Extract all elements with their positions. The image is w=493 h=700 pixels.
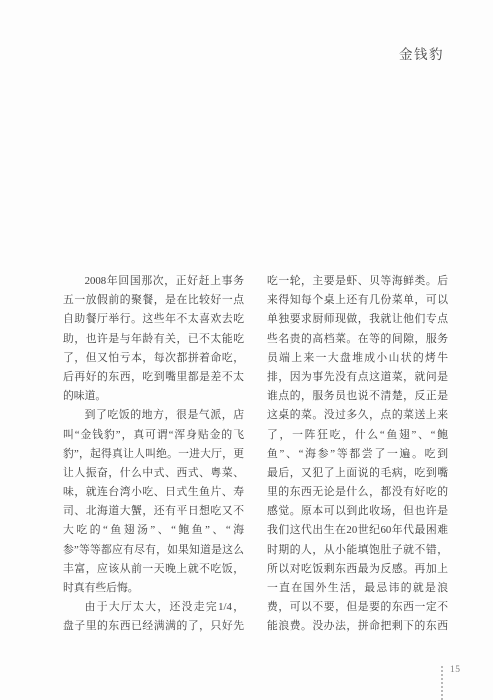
text-line: 丰富，应该从前一天晚上就不吃饭，当 [63,560,244,579]
text-line: 了，但又怕亏本，每次都拼着命吃，最 [63,349,244,368]
text-line: 大吃的“鱼翅汤”、“鲍鱼”、“海 [63,521,244,540]
chapter-title: 金钱豹 [399,47,444,62]
text-line: 的味道。 [63,387,244,406]
text-line: 能浪费。没办法，拼命把剩下的东西 [267,617,448,636]
text-line: 豹”，起得真让人叫绝。一进大厅，更 [63,445,244,464]
book-page: 金钱豹 2008年回国那次，正好赶上事务所五一放假前的聚餐，是在比较好一点的自助… [0,0,493,700]
text-line: 些名贵的高档菜。在等的间隙，服务 [267,330,448,349]
text-column-right: 吃一轮，主要是虾、贝等海鲜类。后来得知每个桌上还有几份菜单，可以单独要求厨师现做… [267,272,448,637]
text-line: 参”等等都应有尽有，如果知道是这么 [63,541,244,560]
text-line: 谁点的，服务员也说不清楚，反正是 [267,387,448,406]
text-line: 我们这代出生在20世纪60年代最困难 [267,521,448,540]
text-line: 助，也许是与年龄有关，已不太能吃 [63,330,244,349]
text-line: 最后，又犯了上面说的毛病，吃到嘴 [267,464,448,483]
text-line: 鱼”、“海参”等都尝了一遍。吃到 [267,445,448,464]
footer-rule [441,666,443,700]
text-line: 这桌的菜。没过多久，点的菜送上来 [267,406,448,425]
text-line: 后再好的东西，吃到嘴里都是差不太多 [63,368,244,387]
text-line: 费，可以不要，但是要的东西一定不 [267,598,448,617]
text-line: 排，因为事先没有点这道菜，就问是 [267,368,448,387]
text-line: 司、北海道大蟹，还有平日想吃又不敢 [63,502,244,521]
text-line: 五一放假前的聚餐，是在比较好一点的 [63,291,244,310]
text-line: 让人振奋，什么中式、西式、粤菜、川 [63,464,244,483]
text-line: 单独要求厨师现做，我就让他们专点 [267,310,448,329]
text-column-left: 2008年回国那次，正好赶上事务所五一放假前的聚餐，是在比较好一点的自助餐厅举行… [63,272,244,637]
text-line: 到了吃饭的地方，很是气派，店名 [63,406,244,425]
text-line: 2008年回国那次，正好赶上事务所 [63,272,244,291]
text-line: 盘子里的东西已经满满的了，只好先 [63,617,244,636]
text-line: 自助餐厅举行。这些年不太喜欢去吃自 [63,310,244,329]
text-line: 吃一轮，主要是虾、贝等海鲜类。后 [267,272,448,291]
text-line: 员端上来一大盘堆成小山状的烤牛 [267,349,448,368]
text-line: 感觉。原本可以到此收场，但也许是 [267,502,448,521]
text-line: 一直在国外生活，最忌讳的就是浪 [267,579,448,598]
text-line: 里的东西无论是什么，都没有好吃的 [267,483,448,502]
text-line: 所以对吃饭剩东西最为反感。再加上 [267,560,448,579]
text-line: 味，就连台湾小吃、日式生鱼片、寿 [63,483,244,502]
text-line: 了，一阵狂吃，什么“鱼翅”、“鲍 [267,426,448,445]
text-line: 时期的人，从小能填饱肚子就不错， [267,541,448,560]
text-line: 由于大厅太大，还没走完1/4， [63,598,244,617]
text-line: 来得知每个桌上还有几份菜单，可以 [267,291,448,310]
text-line: 时真有些后悔。 [63,579,244,598]
text-line: 叫“金钱豹”，真可谓“浑身贴金的飞 [63,426,244,445]
page-number: 15 [450,664,461,676]
